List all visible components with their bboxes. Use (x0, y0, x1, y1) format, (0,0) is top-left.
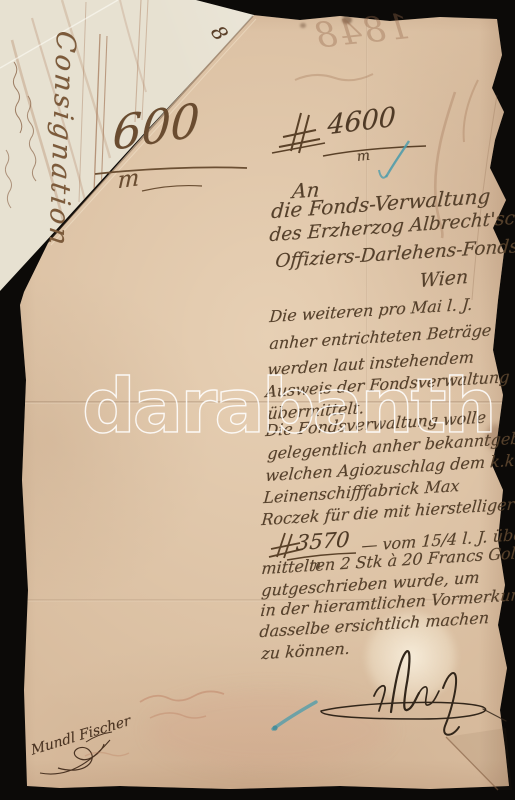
bleedthrough-year: 1848 (311, 10, 411, 55)
amount-left-sub: m (117, 167, 139, 193)
marginal-note-script (13, 62, 21, 133)
marginal-note-script (5, 150, 11, 208)
amount-left-value: 600 (112, 96, 201, 157)
marginal-note-script (27, 96, 36, 181)
amount-right-sub: m (356, 149, 371, 164)
ink-spot (300, 23, 306, 28)
horizontal-fold-crease (20, 401, 508, 404)
address-city: Wien (419, 268, 469, 291)
amount-right-value: 4600 (327, 104, 396, 140)
paper-discoloration (150, 690, 390, 770)
inline-amount-value: 3570 (295, 529, 350, 554)
docket-title: Consignation (45, 29, 79, 249)
archival-letter-photo: Consignation 8 1848 600 m 4600 m An die … (0, 0, 515, 800)
